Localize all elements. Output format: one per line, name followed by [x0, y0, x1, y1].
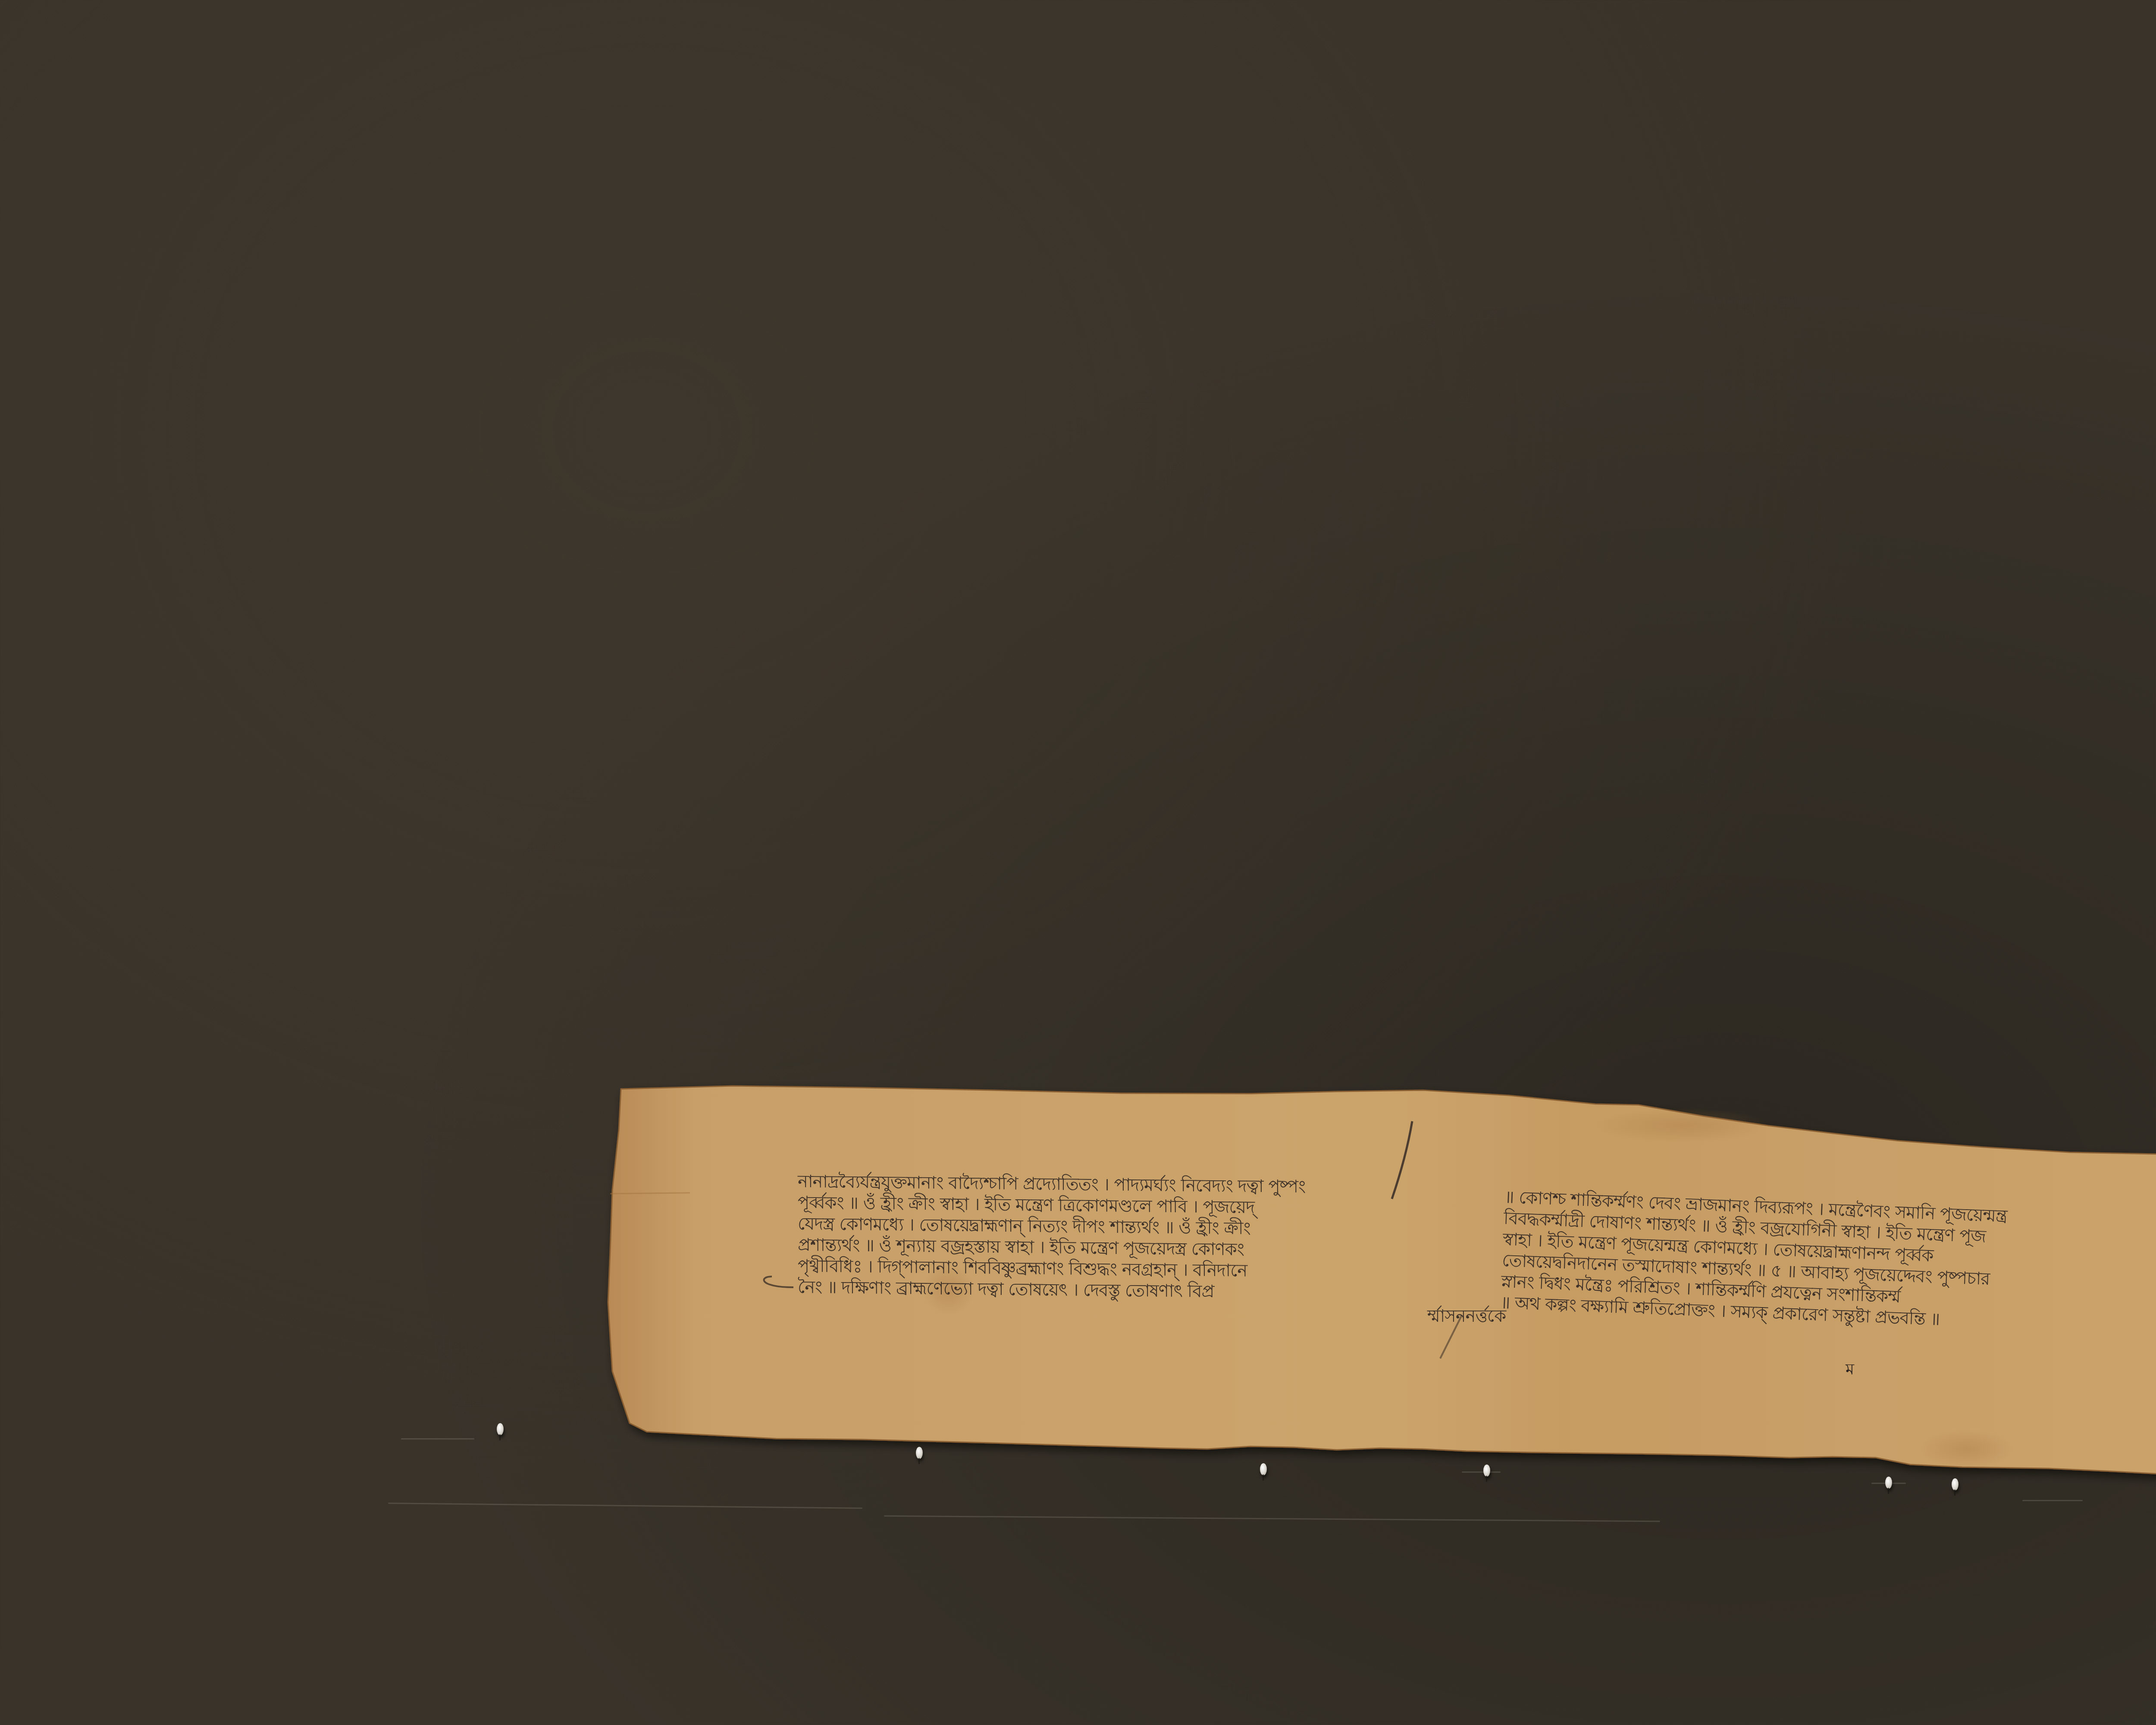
- mounting-pin-icon: [1260, 1463, 1267, 1475]
- mounting-pin-icon: [1952, 1478, 1959, 1490]
- mounting-pin-icon: [916, 1447, 923, 1459]
- folio-paper-shape: [0, 0, 2156, 1725]
- mounting-pin-icon: [1483, 1465, 1490, 1477]
- photo-scene: নানাদ্রব্যৈর্যন্ত্রযুক্তমানাং বাদ্যৈশ্চা…: [0, 0, 2156, 1725]
- mounting-pin-icon: [497, 1423, 504, 1435]
- manuscript-spanning-fragment: র্ম্মাসননর্ত্তকে: [1427, 1306, 1506, 1327]
- manuscript-text-left-column: নানাদ্রব্যৈর্যন্ত্রযুক্তমানাং বাদ্যৈশ্চা…: [798, 1171, 1305, 1303]
- mounting-pin-icon: [1885, 1477, 1892, 1489]
- manuscript-line: র্ম্মাসননর্ত্তকে: [1427, 1306, 1506, 1327]
- folio-number: ম: [1846, 1358, 1854, 1383]
- manuscript-text-right-column: ॥ কোণশ্চ শান্তিকর্ম্মণং দেবং ভ্রাজমানং দ…: [1500, 1187, 2008, 1333]
- manuscript-folio: নানাদ্রব্যৈর্যন্ত্রযুক্তমানাং বাদ্যৈশ্চা…: [0, 0, 2156, 1725]
